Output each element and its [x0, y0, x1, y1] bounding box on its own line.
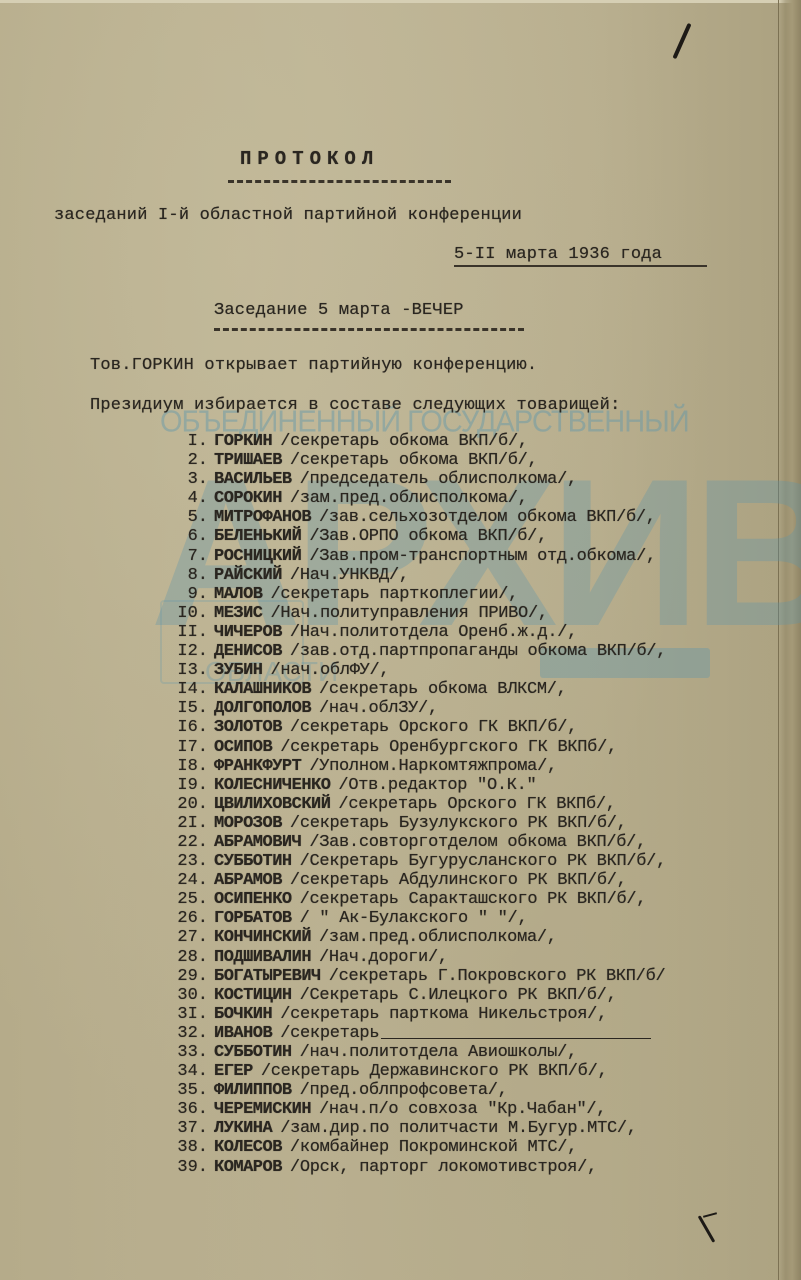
- member-role: /зам.пред.облисполкома/,: [290, 489, 528, 508]
- paper-top-edge: [0, 0, 801, 3]
- member-role: /нач.политотдела Авиошколы/,: [300, 1043, 577, 1062]
- title-dashed-underline: [228, 180, 451, 183]
- presidium-member: 9.МАЛОВ/секретарь парткоплегии/,: [150, 585, 800, 604]
- member-role: /Орск, парторг локомотивстроя/,: [290, 1158, 597, 1177]
- presidium-member: 6.БЕЛЕНЬКИЙ/Зав.ОРПО обкома ВКП/б/,: [150, 527, 800, 546]
- member-number: 29.: [150, 967, 214, 986]
- member-name: БОЧКИН: [214, 1005, 272, 1024]
- member-role: /секретарь парткома Никельстроя/,: [280, 1005, 607, 1024]
- member-number: 8.: [150, 566, 214, 585]
- member-number: 35.: [150, 1081, 214, 1100]
- member-number: 26.: [150, 909, 214, 928]
- member-number: I7.: [150, 738, 214, 757]
- member-name: ТРИШАЕВ: [214, 451, 282, 470]
- member-name: ДОЛГОПОЛОВ: [214, 699, 311, 718]
- member-number: 3.: [150, 470, 214, 489]
- session-dashed-underline: [214, 328, 524, 331]
- presidium-member: 26.ГОРБАТОВ/ " Ак-Булакского " "/,: [150, 909, 800, 928]
- member-number: 32.: [150, 1024, 214, 1043]
- member-number: 6.: [150, 527, 214, 546]
- member-name: МЕЗИС: [214, 604, 263, 623]
- member-role: /Зав.ОРПО обкома ВКП/б/,: [309, 527, 547, 546]
- member-name: МИТРОФАНОВ: [214, 508, 311, 527]
- presidium-member: I4.КАЛАШНИКОВ/секретарь обкома ВЛКСМ/,: [150, 680, 800, 699]
- member-number: 36.: [150, 1100, 214, 1119]
- member-number: I8.: [150, 757, 214, 776]
- handwritten-page-mark-icon: [672, 23, 691, 59]
- member-number: I9.: [150, 776, 214, 795]
- member-number: 4.: [150, 489, 214, 508]
- member-number: 23.: [150, 852, 214, 871]
- member-number: 34.: [150, 1062, 214, 1081]
- presidium-member: I2.ДЕНИСОВ/зав.отд.партпропаганды обкома…: [150, 642, 800, 661]
- presidium-member: 20.ЦВИЛИХОВСКИЙ/секретарь Орского ГК ВКП…: [150, 795, 800, 814]
- member-number: 22.: [150, 833, 214, 852]
- presidium-member: I6.ЗОЛОТОВ/секретарь Орского ГК ВКП/б/,: [150, 718, 800, 737]
- presidium-member: 28.ПОДШИВАЛИН/Нач.дороги/,: [150, 948, 800, 967]
- presidium-member: I5.ДОЛГОПОЛОВ/нач.облЗУ/,: [150, 699, 800, 718]
- member-name: ОСИПЕНКО: [214, 890, 292, 909]
- member-role: /зам.пред.облисполкома/,: [319, 928, 557, 947]
- member-role: /секретарь Оренбургского ГК ВКПб/,: [280, 738, 617, 757]
- member-number: 30.: [150, 986, 214, 1005]
- member-number: 2I.: [150, 814, 214, 833]
- presidium-member: 8.РАЙСКИЙ/Нач.УНКВД/,: [150, 566, 800, 585]
- presidium-member: 30.КОСТИЦИН/Секретарь С.Илецкого РК ВКП/…: [150, 986, 800, 1005]
- member-name: ГОРБАТОВ: [214, 909, 292, 928]
- presidium-member: 25.ОСИПЕНКО/секретарь Саракташского РК В…: [150, 890, 800, 909]
- presidium-member: 2I.МОРОЗОВ/секретарь Бузулукского РК ВКП…: [150, 814, 800, 833]
- member-role: /секретарь Абдулинского РК ВКП/б/,: [290, 871, 627, 890]
- member-number: I.: [150, 432, 214, 451]
- member-number: 33.: [150, 1043, 214, 1062]
- presidium-member: 33.СУББОТИН/нач.политотдела Авиошколы/,: [150, 1043, 800, 1062]
- member-role: /Нач.политуправления ПРИВО/,: [271, 604, 548, 623]
- member-name: КОМАРОВ: [214, 1158, 282, 1177]
- member-number: I5.: [150, 699, 214, 718]
- member-number: 27.: [150, 928, 214, 947]
- member-name: МОРОЗОВ: [214, 814, 282, 833]
- member-name: ЕГЕР: [214, 1062, 253, 1081]
- member-name: ЛУКИНА: [214, 1119, 272, 1138]
- member-role: /секретарь обкома ВКП/б/,: [280, 432, 528, 451]
- member-name: РОСНИЦКИЙ: [214, 547, 301, 566]
- member-number: 24.: [150, 871, 214, 890]
- member-role: /секретарь Орского ГК ВКПб/,: [338, 795, 615, 814]
- document-title: ПРОТОКОЛ: [240, 150, 379, 169]
- member-name: АБРАМОВИЧ: [214, 833, 301, 852]
- member-number: 7.: [150, 547, 214, 566]
- member-number: 37.: [150, 1119, 214, 1138]
- member-role: /зав.сельхозотделом обкома ВКП/б/,: [319, 508, 656, 527]
- member-name: ЦВИЛИХОВСКИЙ: [214, 795, 330, 814]
- presidium-member: 23.СУББОТИН/Секретарь Бугурусланского РК…: [150, 852, 800, 871]
- presidium-member: I.ГОРКИН/секретарь обкома ВКП/б/,: [150, 432, 800, 451]
- presidium-member: 36.ЧЕРЕМИСКИН/нач.п/о совхоза "Кр.Чабан"…: [150, 1100, 800, 1119]
- presidium-member: I0.МЕЗИС/Нач.политуправления ПРИВО/,: [150, 604, 800, 623]
- member-role: /секретарь обкома ВКП/б/,: [290, 451, 538, 470]
- opening-statement: Тов.ГОРКИН открывает партийную конференц…: [90, 357, 537, 374]
- member-number: 38.: [150, 1138, 214, 1157]
- member-name: ЧЕРЕМИСКИН: [214, 1100, 311, 1119]
- member-number: 3I.: [150, 1005, 214, 1024]
- presidium-intro: Президиум избирается в составе следующих…: [90, 397, 621, 414]
- member-role: /зав.отд.партпропаганды обкома ВКП/б/,: [290, 642, 666, 661]
- presidium-member: 7.РОСНИЦКИЙ/Зав.пром-транспортным отд.об…: [150, 547, 800, 566]
- member-role: /нач.облЗУ/,: [319, 699, 438, 718]
- member-number: 25.: [150, 890, 214, 909]
- member-role: /Уполном.Наркомтяжпрома/,: [309, 757, 557, 776]
- member-number: I6.: [150, 718, 214, 737]
- presidium-member: 3.ВАСИЛЬЕВ/председатель облисполкома/,: [150, 470, 800, 489]
- member-role: /секретарь обкома ВЛКСМ/,: [319, 680, 567, 699]
- presidium-list: I.ГОРКИН/секретарь обкома ВКП/б/,2.ТРИША…: [150, 432, 800, 1177]
- member-number: I2.: [150, 642, 214, 661]
- member-role: /председатель облисполкома/,: [300, 470, 577, 489]
- member-number: 20.: [150, 795, 214, 814]
- presidium-member: 22.АБРАМОВИЧ/Зав.совторготделом обкома В…: [150, 833, 800, 852]
- member-name: МАЛОВ: [214, 585, 263, 604]
- member-number: 2.: [150, 451, 214, 470]
- presidium-member: I7.ОСИПОВ /секретарь Оренбургского ГК ВК…: [150, 738, 800, 757]
- member-name: КОНЧИНСКИЙ: [214, 928, 311, 947]
- member-name: КОЛЕСНИЧЕНКО: [214, 776, 330, 795]
- presidium-member: 35.ФИЛИППОВ/пред.облпрофсовета/,: [150, 1081, 800, 1100]
- member-number: 9.: [150, 585, 214, 604]
- handwritten-check-mark-icon: [698, 1215, 716, 1242]
- member-role: /Нач.дороги/,: [319, 948, 448, 967]
- member-role: /Нач.УНКВД/,: [290, 566, 409, 585]
- member-name: ОСИПОВ: [214, 738, 272, 757]
- member-name: КАЛАШНИКОВ: [214, 680, 311, 699]
- member-name: КОЛЕСОВ: [214, 1138, 282, 1157]
- member-name: ГОРКИН: [214, 432, 272, 451]
- presidium-member: 39.КОМАРОВ/Орск, парторг локомотивстроя/…: [150, 1158, 800, 1177]
- member-name: ФРАНКФУРТ: [214, 757, 301, 776]
- member-role: /секретарь: [280, 1024, 379, 1043]
- presidium-member: 3I.БОЧКИН/секретарь парткома Никельстроя…: [150, 1005, 800, 1024]
- presidium-member: I8.ФРАНКФУРТ/Уполном.Наркомтяжпрома/,: [150, 757, 800, 776]
- presidium-member: 24.АБРАМОВ/секретарь Абдулинского РК ВКП…: [150, 871, 800, 890]
- member-name: БЕЛЕНЬКИЙ: [214, 527, 301, 546]
- member-role: /секретарь парткоплегии/,: [271, 585, 519, 604]
- member-role: /комбайнер Покроминской МТС/,: [290, 1138, 577, 1157]
- member-role: /нач.облФУ/,: [271, 661, 390, 680]
- member-number: II.: [150, 623, 214, 642]
- member-name: ЧИЧЕРОВ: [214, 623, 282, 642]
- presidium-member: 29.БОГАТЫРЕВИЧ/секретарь Г.Покровского Р…: [150, 967, 800, 986]
- member-role: /Секретарь Бугурусланского РК ВКП/б/,: [300, 852, 666, 871]
- member-name: КОСТИЦИН: [214, 986, 292, 1005]
- member-role: /Нач.политотдела Оренб.ж.д./,: [290, 623, 577, 642]
- member-role: /пред.облпрофсовета/,: [300, 1081, 508, 1100]
- presidium-member: 5.МИТРОФАНОВ/зав.сельхозотделом обкома В…: [150, 508, 800, 527]
- member-name: ФИЛИППОВ: [214, 1081, 292, 1100]
- member-number: I3.: [150, 661, 214, 680]
- document-subtitle: заседаний I-й областной партийной конфер…: [54, 207, 522, 224]
- presidium-member: I9.КОЛЕСНИЧЕНКО/Отв.редактор "О.К.": [150, 776, 800, 795]
- presidium-member: 38.КОЛЕСОВ/комбайнер Покроминской МТС/,: [150, 1138, 800, 1157]
- member-name: ВАСИЛЬЕВ: [214, 470, 292, 489]
- member-name: ИВАНОВ: [214, 1024, 272, 1043]
- member-role: /Зав.совторготделом обкома ВКП/б/,: [309, 833, 646, 852]
- member-name: РАЙСКИЙ: [214, 566, 282, 585]
- conference-dates: 5-II марта 1936 года: [454, 246, 662, 263]
- blank-fill-line: [381, 1024, 651, 1039]
- member-role: /Зав.пром-транспортным отд.обкома/,: [309, 547, 656, 566]
- presidium-member: 2.ТРИШАЕВ/секретарь обкома ВКП/б/,: [150, 451, 800, 470]
- presidium-member: 4.СОРОКИН/зам.пред.облисполкома/,: [150, 489, 800, 508]
- member-role: /Отв.редактор "О.К.": [338, 776, 536, 795]
- member-name: ЗУБИН: [214, 661, 263, 680]
- member-role: /секретарь Бузулукского РК ВКП/б/,: [290, 814, 627, 833]
- member-name: БОГАТЫРЕВИЧ: [214, 967, 321, 986]
- presidium-member: 27.КОНЧИНСКИЙ/зам.пред.облисполкома/,: [150, 928, 800, 947]
- member-role: /зам.дир.по политчасти М.Бугур.МТС/,: [280, 1119, 636, 1138]
- member-name: ЗОЛОТОВ: [214, 718, 282, 737]
- presidium-member: 32.ИВАНОВ/секретарь: [150, 1024, 800, 1043]
- member-name: СУББОТИН: [214, 852, 292, 871]
- session-heading: Заседание 5 марта -ВЕЧЕР: [214, 302, 464, 319]
- member-number: I4.: [150, 680, 214, 699]
- member-number: 39.: [150, 1158, 214, 1177]
- member-role: /секретарь Саракташского РК ВКП/б/,: [300, 890, 647, 909]
- member-name: ПОДШИВАЛИН: [214, 948, 311, 967]
- member-role: /нач.п/о совхоза "Кр.Чабан"/,: [319, 1100, 606, 1119]
- member-role: / " Ак-Булакского " "/,: [300, 909, 528, 928]
- member-number: 5.: [150, 508, 214, 527]
- dates-underline: [454, 265, 707, 267]
- member-number: 28.: [150, 948, 214, 967]
- presidium-member: 34.ЕГЕР/секретарь Державинского РК ВКП/б…: [150, 1062, 800, 1081]
- member-role: /секретарь Г.Покровского РК ВКП/б/: [329, 967, 666, 986]
- member-role: /Секретарь С.Илецкого РК ВКП/б/,: [300, 986, 617, 1005]
- handwritten-check-tick-icon: [703, 1212, 717, 1218]
- member-role: /секретарь Державинского РК ВКП/б/,: [261, 1062, 608, 1081]
- member-name: ДЕНИСОВ: [214, 642, 282, 661]
- presidium-member: 37.ЛУКИНА/зам.дир.по политчасти М.Бугур.…: [150, 1119, 800, 1138]
- presidium-member: I3.ЗУБИН/нач.облФУ/,: [150, 661, 800, 680]
- member-name: СОРОКИН: [214, 489, 282, 508]
- member-number: I0.: [150, 604, 214, 623]
- presidium-member: II.ЧИЧЕРОВ/Нач.политотдела Оренб.ж.д./,: [150, 623, 800, 642]
- member-name: АБРАМОВ: [214, 871, 282, 890]
- member-name: СУББОТИН: [214, 1043, 292, 1062]
- member-role: /секретарь Орского ГК ВКП/б/,: [290, 718, 577, 737]
